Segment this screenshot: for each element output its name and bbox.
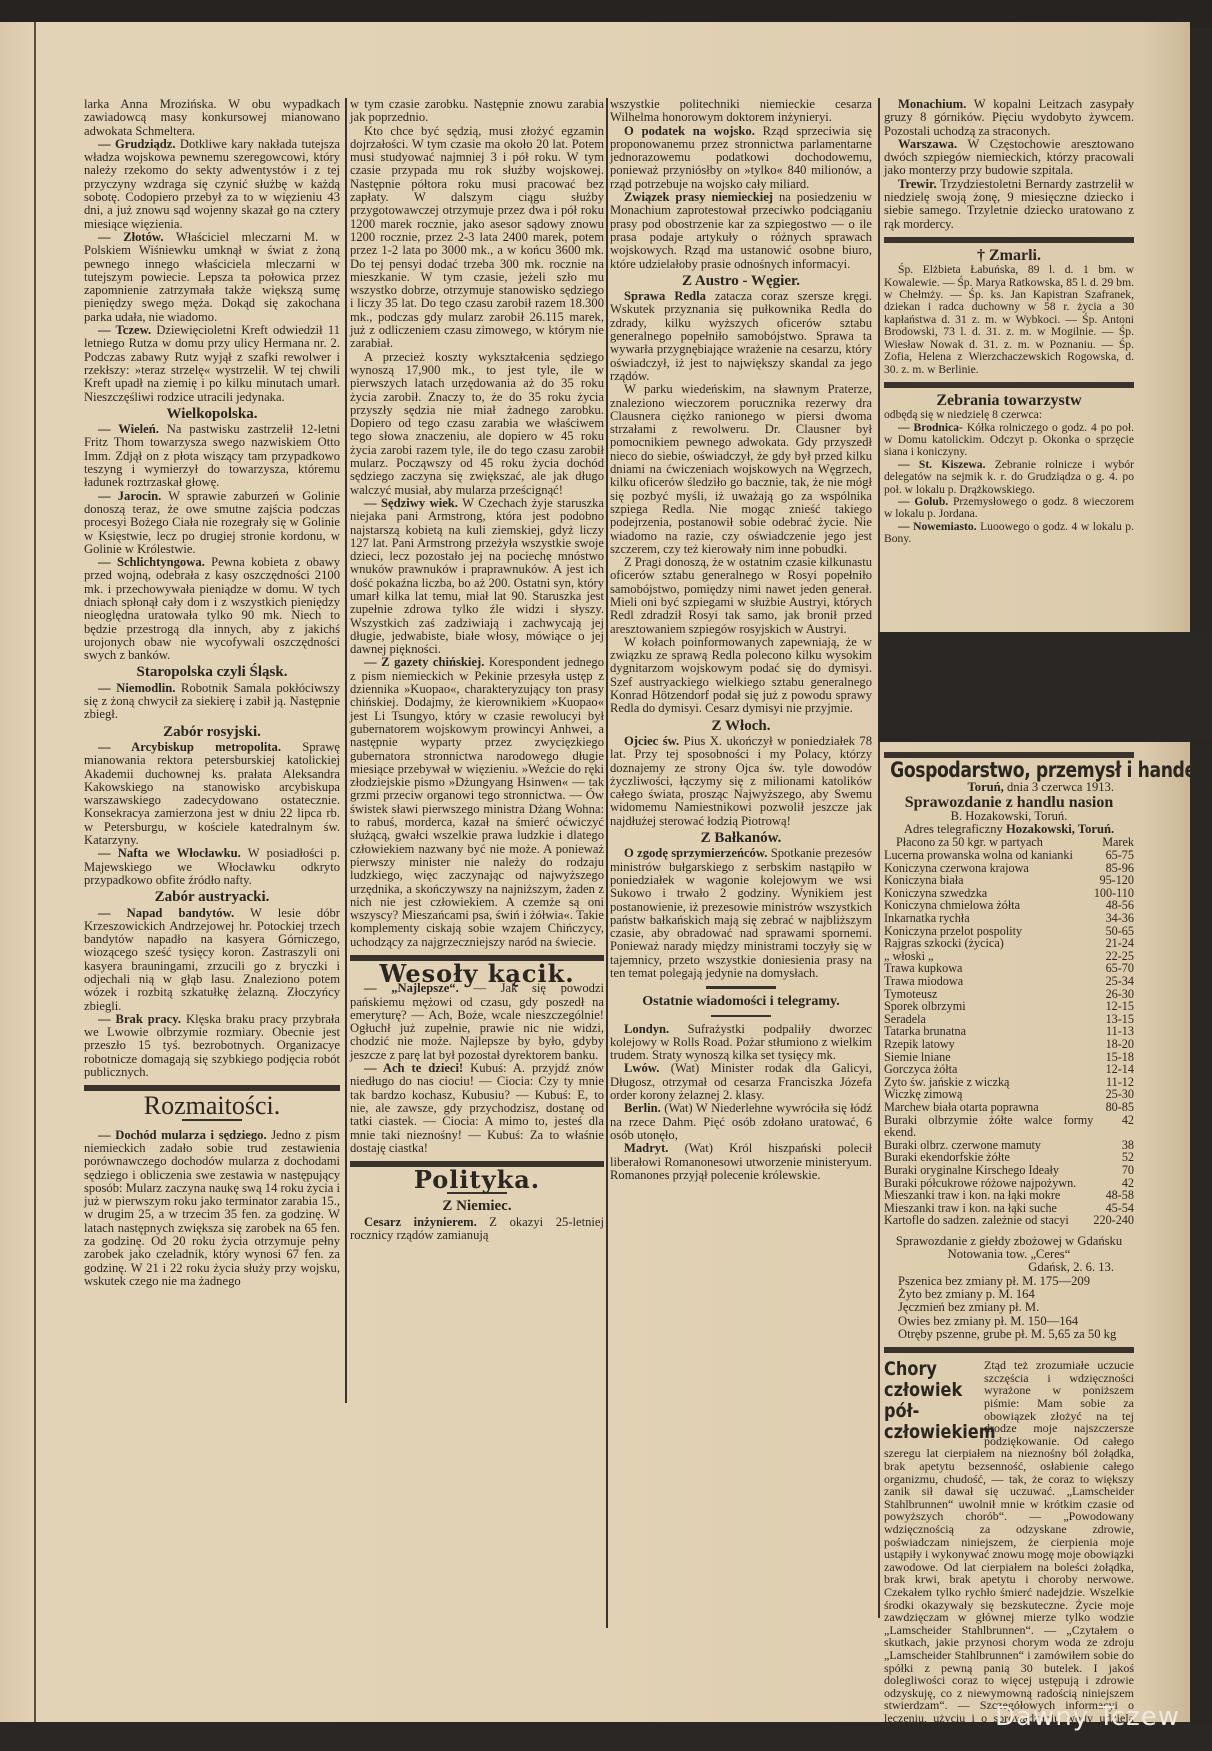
table-row: Marchew biała otarta poprawna80-85	[884, 1101, 1134, 1114]
exchange-quote: Otręby pszenne, grube pł. M. 5,65 za 50 …	[898, 1328, 1134, 1341]
exchange-date: Gdańsk, 2. 6. 13.	[884, 1261, 1134, 1274]
meeting-golub: — Golub. Przemysłowego o godz. 8 wieczor…	[884, 496, 1134, 521]
page-fold-line	[34, 22, 36, 1722]
news-item-gazety-chinskiej: — Z gazety chińskiej. Korespondent jedne…	[350, 656, 604, 949]
subheading-z-balkanow: Z Bałkanów.	[610, 832, 872, 845]
column-4-lower: Gospodarstwo, przemysł i handel. Toruń, …	[884, 752, 1134, 1750]
section-heading-zmarli: † Zmarli.	[884, 249, 1134, 262]
seed-price: 80-85	[1093, 1101, 1134, 1114]
seed-price: 25-34	[1093, 975, 1134, 988]
paragraph: larka Anna Mrozińska. W obu wypadkach za…	[84, 98, 340, 138]
telegram-lwow: Lwów. (Wat) Minister rodak dla Galicyi, …	[610, 1062, 872, 1102]
table-row: Rzepik latowy18-20	[884, 1038, 1134, 1051]
seed-price: 42	[1093, 1114, 1134, 1139]
exchange-quote: Pszenica bez zmiany pł. M. 175—209	[898, 1275, 1134, 1288]
news-item-niemodlin: — Niemodlin. Robotnik Samala pokłóciwszy…	[84, 682, 340, 722]
seed-price: 95-120	[1093, 874, 1134, 887]
report-title: Sprawozdanie z handlu nasion	[884, 796, 1134, 809]
scan-black-overlay	[878, 632, 1212, 742]
news-item-zgode: O zgodę sprzymierzeńców. Spotkanie preze…	[610, 847, 872, 980]
news-item-grudziadz: — Grudziądz. Dotkliwe kary nakłada tutej…	[84, 138, 340, 231]
table-row: Lucerna prowanska wolna od kanianki65-75	[884, 849, 1134, 862]
table-row: Inkarnatka rychła34-36	[884, 912, 1134, 925]
news-item-monachium: Monachium. W kopalni Leitzach zasypały g…	[884, 98, 1134, 138]
table-row: Buraki oryginalne Kirschego Ideały70	[884, 1164, 1134, 1177]
paragraph: W parku wiedeńskim, na sławnym Praterze,…	[610, 383, 872, 556]
ad-headline: Chory człowiek pół-człowiekiem	[884, 1359, 966, 1443]
meeting-nowemiasto: — Nowemiasto. Luoowego o godz. 4 w lokal…	[884, 521, 1134, 546]
news-item-sprawa-redla: Sprawa Redla zatacza coraz szersze kręgi…	[610, 290, 872, 383]
seed-price: 65-75	[1093, 849, 1134, 862]
seed-price: 48-58	[1093, 1189, 1134, 1202]
table-row: Mieszanki traw i kon. na łąki mokre48-58	[884, 1189, 1134, 1202]
section-heading-wesoly-kacik: Wesoły kącik.	[350, 967, 604, 980]
meeting-brodnica: — Brodnica- Kółka rolniczego o godz. 4 p…	[884, 422, 1134, 459]
telegram-berlin: Berlin. (Wat) W Niederlehne wywróciła si…	[610, 1102, 872, 1142]
section-heading-zebrania: Zebrania towarzystw	[884, 394, 1134, 407]
section-heading-gospodarstwo: Gospodarstwo, przemysł i handel.	[890, 764, 1128, 777]
table-row: Kartofle do sadzen. zależnie od stacyi22…	[884, 1214, 1134, 1227]
news-item-trewir: Trewir. Trzydziestoletni Bernardy zastrz…	[884, 178, 1134, 231]
firm-name: B. Hozakowski, Toruń.	[884, 810, 1134, 823]
table-row: Sporek olbrzymi12-15	[884, 1000, 1134, 1013]
advertisement: Chory człowiek pół-człowiekiem Ztąd też …	[884, 1359, 1134, 1749]
seed-name: Koniczyna biała	[884, 874, 1093, 887]
table-row: Koniczyna biała95-120	[884, 874, 1134, 887]
column-3: wszystkie politechniki niemieckie cesarz…	[610, 98, 872, 1182]
seed-name: Buraki oryginalne Kirschego Ideały	[884, 1164, 1093, 1177]
news-item-dochod: — Dochód mularza i sędziego. Jedno z pis…	[84, 1129, 340, 1289]
news-item-brak-pracy: — Brak pracy. Klęska braku pracy przybra…	[84, 1013, 340, 1079]
seed-price: 220-240	[1093, 1214, 1134, 1227]
section-heading-wielkopolska: Wielkopolska.	[84, 408, 340, 421]
seed-price: 21-24	[1093, 937, 1134, 950]
exchange-quote: Owies bez zmiany pł. M. 150—164	[898, 1315, 1134, 1328]
news-item-napad: — Napad bandytów. W lesie dóbr Krzeszowi…	[84, 907, 340, 1013]
report-date: Toruń, dnia 3 czerwca 1913.	[884, 781, 1134, 794]
section-divider	[884, 382, 1134, 388]
seed-name: Gorczyca żółta	[884, 1063, 1093, 1076]
telegram-madryt: Madryt. (Wat) Król hiszpański polecił li…	[610, 1142, 872, 1182]
subheading-austro-wegier: Z Austro - Węgier.	[610, 275, 872, 288]
column-2: w tym czasie zarobku. Następnie znowu za…	[350, 98, 604, 1242]
paragraph: W kołach poinformowanych zapewniają, że …	[610, 636, 872, 716]
exchange-subtitle: Notowania tow. „Ceres“	[884, 1248, 1134, 1261]
section-divider	[884, 1347, 1134, 1353]
table-row: Trawa miodowa25-34	[884, 975, 1134, 988]
telegram-londyn: Londyn. Sufrażystki podpaliły dworzec ko…	[610, 1023, 872, 1063]
column-1: larka Anna Mrozińska. W obu wypadkach za…	[84, 98, 340, 1288]
exchange-quote: Jęczmień bez zmiany pł. M.	[898, 1301, 1134, 1314]
seed-price: 12-15	[1093, 1000, 1134, 1013]
exchange-quote: Żyto bez zmiany p. M. 164	[898, 1288, 1134, 1301]
table-row: Rajgras szkocki (życica)21-24	[884, 937, 1134, 950]
news-item-tczew: — Tczew. Dziewięcioletni Kreft odwiedził…	[84, 324, 340, 404]
seed-price-table: Płacono za 50 kgr. w partyach Marek Luce…	[884, 836, 1134, 1226]
news-item-zwiazek-prasy: Związek prasy niemieckiej na posiedzeniu…	[610, 191, 872, 271]
short-rule	[706, 986, 776, 989]
table-row: Gorczyca żółta12-14	[884, 1063, 1134, 1076]
exchange-title: Sprawozdanie z giełdy zbożowej w Gdańsku	[884, 1235, 1134, 1248]
telegraph-address: Adres telegraficzny Hozakowski, Toruń.	[884, 823, 1134, 836]
column-rule	[606, 98, 608, 1628]
section-heading-slask: Staropolska czyli Śląsk.	[84, 666, 340, 679]
section-heading-rozmaitosci: Rozmaitości.	[84, 1099, 340, 1112]
seed-name: Kartofle do sadzen. zależnie od stacyi	[884, 1214, 1093, 1227]
seed-name: Trawa miodowa	[884, 975, 1093, 988]
section-divider	[884, 237, 1134, 243]
seed-price: 34-36	[1093, 912, 1134, 925]
news-item-schlichtyngowa: — Schlichtyngowa. Pewna kobieta z obawy …	[84, 556, 340, 662]
obituaries: Śp. Elżbieta Łabuńska, 89 l. d. 1 bm. w …	[884, 264, 1134, 376]
section-heading-polityka: Polityka.	[350, 1173, 604, 1186]
seed-name: Rajgras szkocki (życica)	[884, 937, 1093, 950]
seed-name: Rzepik latowy	[884, 1038, 1093, 1051]
news-item-sedziwy-wiek: — Sędziwy wiek. W Czechach żyje staruszk…	[350, 497, 604, 657]
news-item-warszawa: Warszawa. W Częstochowie aresztowano dwó…	[884, 138, 1134, 178]
subheading-z-niemiec: Z Niemiec.	[350, 1200, 604, 1213]
news-item-cesarz: Cesarz inżynierem. Z okazyi 25-letniej r…	[350, 1216, 604, 1243]
seed-price: 70	[1093, 1164, 1134, 1177]
paragraph: Kto chce być sędzią, musi złożyć egzamin…	[350, 125, 604, 351]
paragraph: A przecież koszty wykształcenia sędziego…	[350, 351, 604, 497]
column-4: Monachium. W kopalni Leitzach zasypały g…	[884, 98, 1134, 546]
seed-name: Lucerna prowanska wolna od kanianki	[884, 849, 1093, 862]
seed-name: Mieszanki traw i kon. na łąki mokre	[884, 1189, 1093, 1202]
joke-najlepsze: — „Najlepsze“. — Jak się powodzi pańskie…	[350, 982, 604, 1062]
news-item-zlotow: — Złotów. Właściciel mleczarni M. w Pols…	[84, 231, 340, 324]
meetings-list: odbędą się w niedzielę 8 czerwca: — Brod…	[884, 409, 1134, 545]
seed-price: 12-14	[1093, 1063, 1134, 1076]
exchange-quotes: Pszenica bez zmiany pł. M. 175—209Żyto b…	[884, 1275, 1134, 1341]
seed-price: 18-20	[1093, 1038, 1134, 1051]
news-item-jarocin: — Jarocin. W sprawie zaburzeń w Golinie …	[84, 490, 340, 556]
paragraph: Z Pragi donoszą, że w ostatnim czasie ki…	[610, 556, 872, 636]
paragraph: wszystkie politechniki niemieckie cesarz…	[610, 98, 872, 125]
seed-name: Marchew biała otarta poprawna	[884, 1101, 1093, 1114]
seed-name: Inkarnatka rychła	[884, 912, 1093, 925]
news-item-nafta: — Nafta we Włocławku. W posiadłości p. M…	[84, 847, 340, 887]
section-heading-telegramy: Ostatnie wiadomości i telegramy.	[610, 995, 872, 1008]
news-item-wielen: — Wieleń. Na pastwisku zastrzelił 12-let…	[84, 423, 340, 489]
news-item-podatek: O podatek na wojsko. Rząd sprzeciwia się…	[610, 125, 872, 191]
column-rule	[878, 98, 880, 1618]
seed-name: Sporek olbrzymi	[884, 1000, 1093, 1013]
paragraph: w tym czasie zarobku. Następnie znowu za…	[350, 98, 604, 125]
news-item-ojciec-sw: Ojciec św. Pius X. ukończył w poniedział…	[610, 735, 872, 828]
section-heading-zabor-rosyjski: Zabór rosyjski.	[84, 726, 340, 739]
table-row: Buraki olbrzymie żółte walce formy ekend…	[884, 1114, 1134, 1139]
meeting-kiszewa: — St. Kiszewa. Zebranie rolnicze i wybór…	[884, 459, 1134, 496]
seed-name: Buraki olbrzymie żółte walce formy ekend…	[884, 1114, 1093, 1139]
column-rule	[345, 98, 347, 1403]
news-item-arcybiskup: — Arcybiskup metropolita. Sprawę mianowa…	[84, 741, 340, 847]
joke-dzieci: — Ach te dzieci! Kubuś: A. przyjdź znów …	[350, 1062, 604, 1155]
watermark: Dawny Tczew	[995, 1702, 1180, 1732]
short-rule	[711, 1015, 771, 1017]
subheading-z-wloch: Z Włoch.	[610, 720, 872, 733]
section-heading-zabor-austryacki: Zabór austryacki.	[84, 891, 340, 904]
